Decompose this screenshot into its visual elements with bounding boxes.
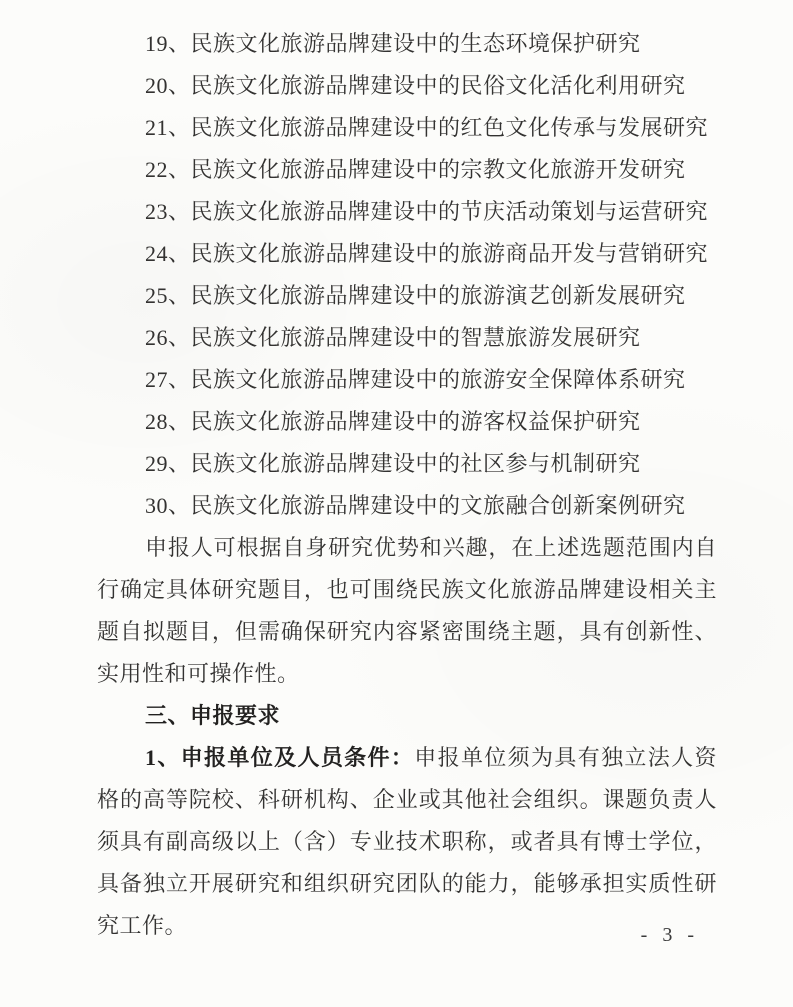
list-item: 20、民族文化旅游品牌建设中的民俗文化活化利用研究 bbox=[97, 65, 717, 107]
section-heading: 三、申报要求 bbox=[97, 695, 717, 737]
list-item: 19、民族文化旅游品牌建设中的生态环境保护研究 bbox=[97, 23, 717, 65]
list-item: 24、民族文化旅游品牌建设中的旅游商品开发与营销研究 bbox=[97, 233, 717, 275]
paragraph-body: 申报单位须为具有独立法人资格的高等院校、科研机构、企业或其他社会组织。课题负责人… bbox=[97, 745, 717, 938]
paragraph-lead: 1、申报单位及人员条件： bbox=[145, 745, 414, 770]
list-item: 23、民族文化旅游品牌建设中的节庆活动策划与运营研究 bbox=[97, 191, 717, 233]
body-paragraph: 申报人可根据自身研究优势和兴趣，在上述选题范围内自行确定具体研究题目，也可围绕民… bbox=[97, 527, 717, 695]
requirement-paragraph: 1、申报单位及人员条件：申报单位须为具有独立法人资格的高等院校、科研机构、企业或… bbox=[97, 737, 717, 947]
list-item: 28、民族文化旅游品牌建设中的游客权益保护研究 bbox=[97, 401, 717, 443]
document-page: 19、民族文化旅游品牌建设中的生态环境保护研究 20、民族文化旅游品牌建设中的民… bbox=[0, 0, 793, 1007]
list-item: 30、民族文化旅游品牌建设中的文旅融合创新案例研究 bbox=[97, 485, 717, 527]
page-number: - 3 - bbox=[641, 921, 699, 949]
list-item: 27、民族文化旅游品牌建设中的旅游安全保障体系研究 bbox=[97, 359, 717, 401]
list-item: 22、民族文化旅游品牌建设中的宗教文化旅游开发研究 bbox=[97, 149, 717, 191]
topic-list: 19、民族文化旅游品牌建设中的生态环境保护研究 20、民族文化旅游品牌建设中的民… bbox=[97, 23, 717, 527]
document-body: 19、民族文化旅游品牌建设中的生态环境保护研究 20、民族文化旅游品牌建设中的民… bbox=[97, 23, 717, 947]
list-item: 29、民族文化旅游品牌建设中的社区参与机制研究 bbox=[97, 443, 717, 485]
list-item: 26、民族文化旅游品牌建设中的智慧旅游发展研究 bbox=[97, 317, 717, 359]
list-item: 25、民族文化旅游品牌建设中的旅游演艺创新发展研究 bbox=[97, 275, 717, 317]
list-item: 21、民族文化旅游品牌建设中的红色文化传承与发展研究 bbox=[97, 107, 717, 149]
